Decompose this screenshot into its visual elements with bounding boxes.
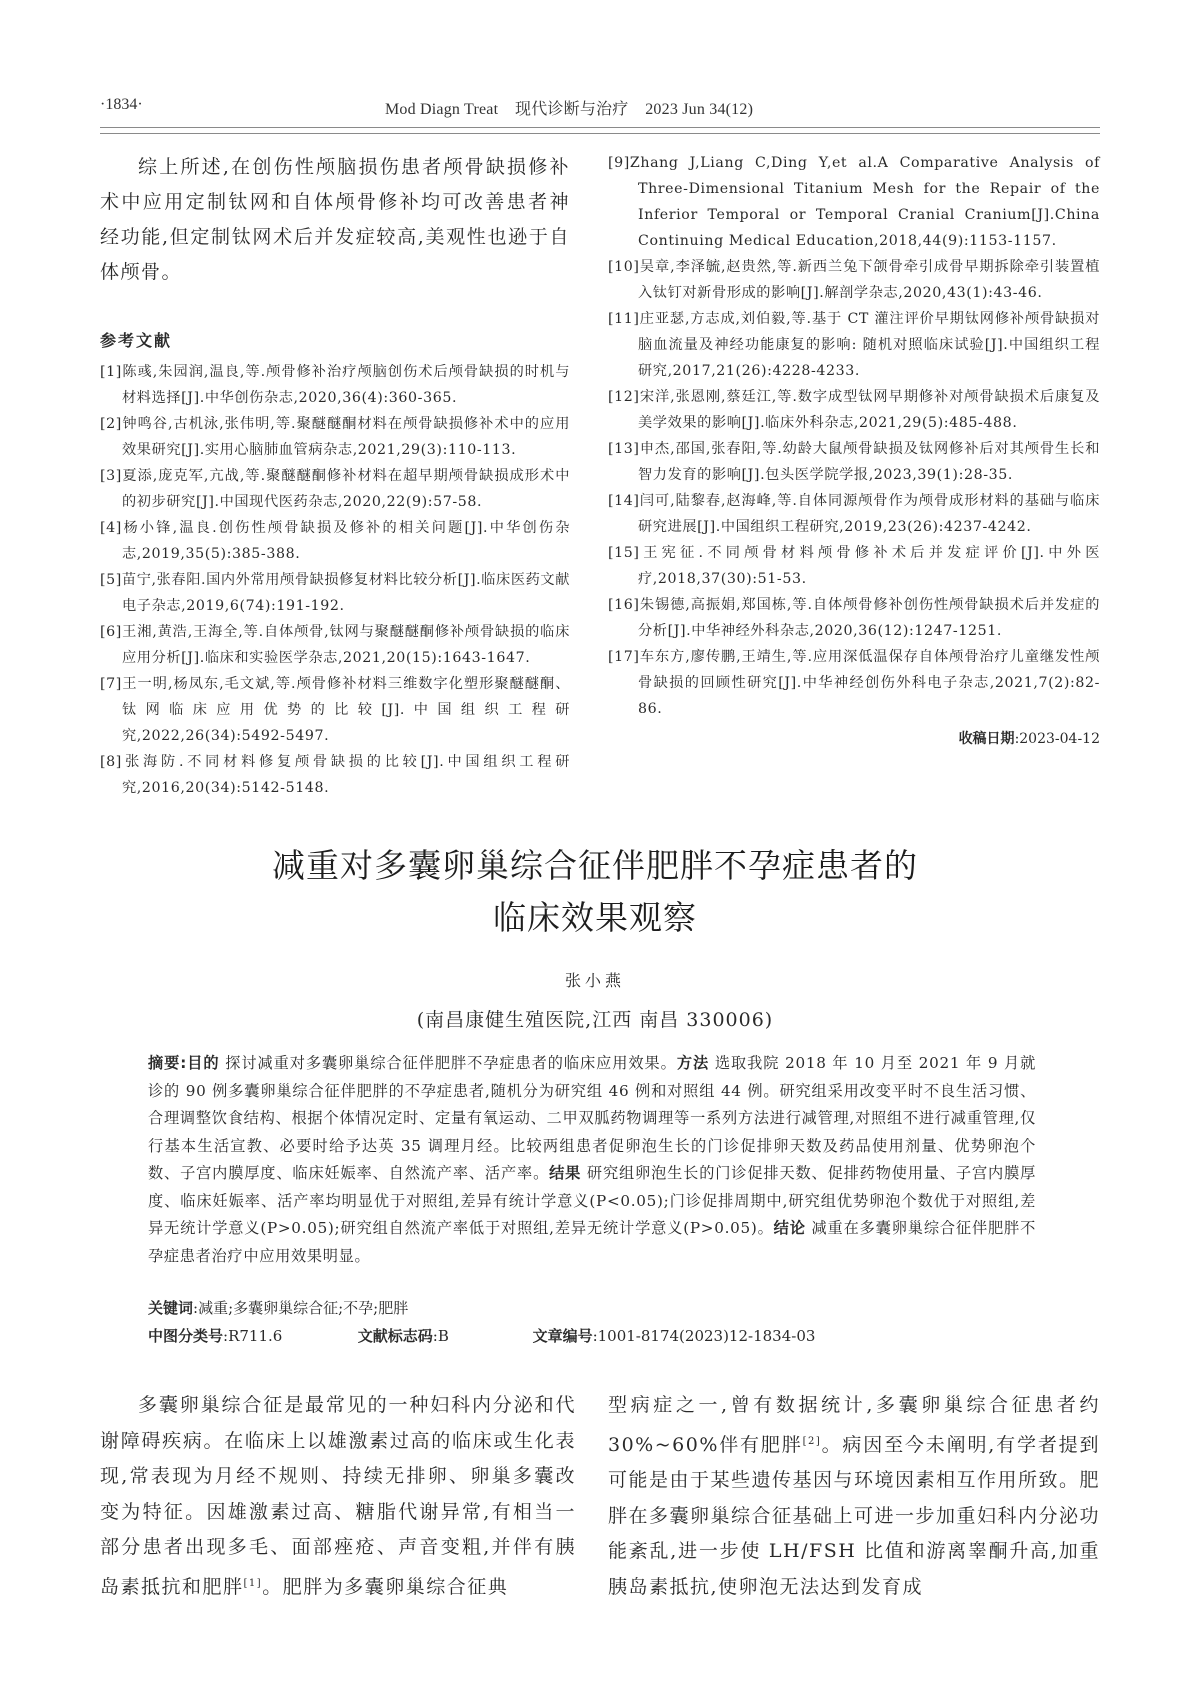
references-heading: 参考文献 bbox=[100, 328, 570, 351]
reference-item: [15]王宪征.不同颅骨材料颅骨修补术后并发症评价[J].中外医疗,2018,3… bbox=[608, 540, 1100, 592]
reference-list-right: [9]Zhang J,Liang C,Ding Y,et al.A Compar… bbox=[608, 150, 1100, 722]
header-rule-top bbox=[100, 127, 1100, 128]
abstract: 摘要:目的 探讨减重对多囊卵巢综合征伴肥胖不孕症患者的临床应用效果。方法 选取我… bbox=[148, 1050, 1036, 1270]
journal-citation: Mod Diagn Treat 现代诊断与治疗 2023 Jun 34(12) bbox=[385, 96, 753, 119]
body-right-column: 型病症之一,曾有数据统计,多囊卵巢综合征患者约30%~60%伴有肥胖[2]。病因… bbox=[608, 1388, 1100, 1605]
reference-item: [9]Zhang J,Liang C,Ding Y,et al.A Compar… bbox=[608, 150, 1100, 254]
affiliation: (南昌康健生殖医院,江西 南昌 330006) bbox=[0, 1005, 1190, 1032]
reference-item: [7]王一明,杨凤东,毛文斌,等.颅骨修补材料三维数字化塑形聚醚醚酮、钛网临床应… bbox=[100, 671, 570, 749]
reference-item: [8]张海防.不同材料修复颅骨缺损的比较[J].中国组织工程研究,2016,20… bbox=[100, 749, 570, 801]
left-column: 综上所述,在创伤性颅脑损伤患者颅骨缺损修补术中应用定制钛网和自体颅骨修补均可改善… bbox=[100, 150, 570, 801]
author: 张小燕 bbox=[0, 968, 1190, 991]
reference-item: [4]杨小锋,温良.创伤性颅骨缺损及修补的相关问题[J].中华创伤杂志,2019… bbox=[100, 515, 570, 567]
body-left-column: 多囊卵巢综合征是最常见的一种妇科内分泌和代谢障碍疾病。在临床上以雄激素过高的临床… bbox=[100, 1388, 576, 1605]
page-number: ·1834· bbox=[100, 96, 143, 114]
reference-item: [12]宋洋,张恩刚,蔡廷江,等.数字成型钛网早期修补对颅骨缺损术后康复及美学效… bbox=[608, 384, 1100, 436]
reference-item: [10]吴章,李泽毓,赵贵然,等.新西兰兔下颌骨牵引成骨早期拆除牵引装置植入钛钉… bbox=[608, 254, 1100, 306]
reference-item: [5]苗宁,张春阳.国内外常用颅骨缺损修复材料比较分析[J].临床医药文献电子杂… bbox=[100, 567, 570, 619]
reference-item: [16]朱锡德,高振娟,郑国栋,等.自体颅骨修补创伤性颅骨缺损术后并发症的分析[… bbox=[608, 592, 1100, 644]
reference-item: [6]王湘,黄浩,王海全,等.自体颅骨,钛网与聚醚醚酮修补颅骨缺损的临床应用分析… bbox=[100, 619, 570, 671]
document-code: 文献标志码:B bbox=[358, 1325, 528, 1346]
article-number: 文章编号:1001-8174(2023)12-1834-03 bbox=[533, 1325, 816, 1346]
body-paragraph: 多囊卵巢综合征是最常见的一种妇科内分泌和代谢障碍疾病。在临床上以雄激素过高的临床… bbox=[100, 1388, 576, 1605]
reference-list-left: [1]陈彧,朱园润,温良,等.颅骨修补治疗颅脑创伤术后颅骨缺损的时机与材料选择[… bbox=[100, 359, 570, 801]
reference-item: [13]申杰,邵国,张春阳,等.幼龄大鼠颅骨缺损及钛网修补后对其颅骨生长和智力发… bbox=[608, 436, 1100, 488]
article-title-line-1: 减重对多囊卵巢综合征伴肥胖不孕症患者的 bbox=[0, 840, 1190, 892]
article-title-line-2: 临床效果观察 bbox=[0, 892, 1190, 944]
citation: [1] bbox=[244, 1578, 263, 1589]
reference-item: [1]陈彧,朱园润,温良,等.颅骨修补治疗颅脑创伤术后颅骨缺损的时机与材料选择[… bbox=[100, 359, 570, 411]
article-title: 减重对多囊卵巢综合征伴肥胖不孕症患者的 临床效果观察 bbox=[0, 840, 1190, 944]
reference-item: [17]车东方,廖传鹏,王靖生,等.应用深低温保存自体颅骨治疗儿童继发性颅骨缺损… bbox=[608, 644, 1100, 722]
citation: [2] bbox=[803, 1436, 822, 1447]
prev-conclusion: 综上所述,在创伤性颅脑损伤患者颅骨缺损修补术中应用定制钛网和自体颅骨修补均可改善… bbox=[100, 150, 570, 290]
keywords: 关键词:减重;多囊卵巢综合征;不孕;肥胖 bbox=[148, 1297, 408, 1318]
article-metadata: 中图分类号:R711.6 文献标志码:B 文章编号:1001-8174(2023… bbox=[148, 1325, 1036, 1346]
reference-item: [2]钟鸣谷,古机泳,张伟明,等.聚醚醚酮材料在颅骨缺损修补术中的应用效果研究[… bbox=[100, 411, 570, 463]
reference-item: [11]庄亚瑟,方志成,刘伯毅,等.基于 CT 灌注评价早期钛网修补颅骨缺损对脑… bbox=[608, 306, 1100, 384]
running-header: ·1834· Mod Diagn Treat 现代诊断与治疗 2023 Jun … bbox=[100, 96, 1100, 120]
right-column: [9]Zhang J,Liang C,Ding Y,et al.A Compar… bbox=[608, 150, 1100, 748]
received-date: 收稿日期:2023-04-12 bbox=[608, 728, 1100, 748]
journal-page: ·1834· Mod Diagn Treat 现代诊断与治疗 2023 Jun … bbox=[0, 0, 1190, 1683]
clc-number: 中图分类号:R711.6 bbox=[148, 1325, 353, 1346]
reference-item: [14]闫可,陆黎春,赵海峰,等.自体同源颅骨作为颅骨成形材料的基础与临床研究进… bbox=[608, 488, 1100, 540]
body-paragraph: 型病症之一,曾有数据统计,多囊卵巢综合征患者约30%~60%伴有肥胖[2]。病因… bbox=[608, 1388, 1100, 1605]
header-rule-bottom bbox=[100, 133, 1100, 134]
reference-item: [3]夏添,庞克军,亢战,等.聚醚醚酮修补材料在超早期颅骨缺损成形术中的初步研究… bbox=[100, 463, 570, 515]
